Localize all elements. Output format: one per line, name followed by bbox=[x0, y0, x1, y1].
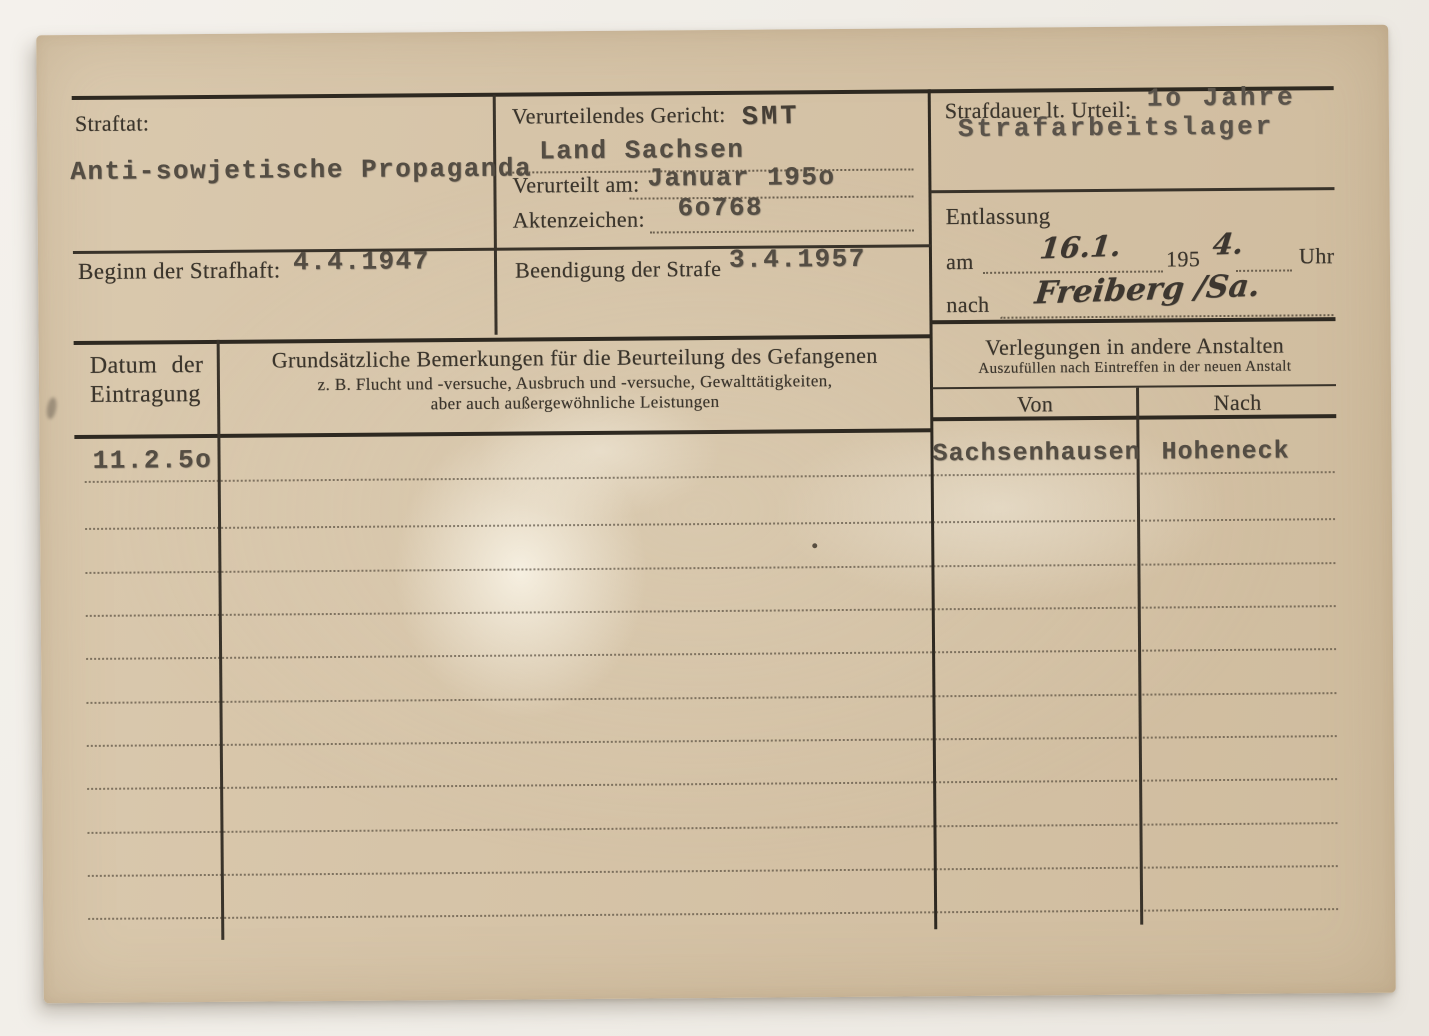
ruled-dotted-line bbox=[87, 778, 1337, 790]
ruled-dotted-line bbox=[86, 605, 1336, 617]
divider-middle-right bbox=[928, 89, 938, 929]
straftat-value: Anti-sowjetische Propaganda bbox=[70, 153, 532, 187]
scanned-document-page: { "fields": { "straftat": { "label": "St… bbox=[0, 0, 1429, 1036]
ruled-dotted-line bbox=[86, 648, 1336, 660]
verurteilt-am-value: Januar 195o bbox=[647, 162, 835, 193]
entlassung-destination-handwritten: Freiberg /Sa. bbox=[1033, 268, 1262, 312]
entry-transfer-von: Sachsenhausen bbox=[932, 438, 1140, 469]
table-header-bottom-rule-left bbox=[74, 428, 932, 439]
ruled-dotted-line bbox=[85, 562, 1335, 574]
ruled-dotted-line bbox=[88, 865, 1338, 877]
ruled-dotted-line bbox=[87, 822, 1337, 834]
remarks-header-sub2: aber auch außergewöhnliche Leistungen bbox=[221, 390, 929, 416]
straftat-label: Straftat: bbox=[75, 110, 150, 137]
gericht-stamp-value: SMT bbox=[742, 102, 800, 133]
ruled-dotted-line bbox=[85, 518, 1335, 530]
entlassung-title: Entlassung bbox=[946, 203, 1051, 230]
divider-von-nach bbox=[1136, 388, 1143, 925]
rule-under-strafdauer bbox=[930, 187, 1334, 193]
ink-speck bbox=[812, 543, 817, 548]
aktenzeichen-label: Aktenzeichen: bbox=[513, 207, 645, 234]
rule-under-entlassung bbox=[931, 317, 1335, 324]
ruled-dotted-line bbox=[86, 692, 1336, 704]
beendigung-value: 3.4.1957 bbox=[729, 244, 866, 275]
entlassung-year-handwritten: 4. bbox=[1211, 226, 1245, 261]
divider-straftat-gericht bbox=[493, 95, 498, 335]
entlassung-year-printed: 195 bbox=[1166, 246, 1200, 272]
beendigung-label: Beendigung der Strafe bbox=[515, 256, 722, 284]
strafdauer-value-line2: Strafarbeitslager bbox=[958, 112, 1274, 144]
divider-datum-column bbox=[217, 340, 225, 940]
entlassung-nach-label: nach bbox=[946, 292, 989, 318]
von-column-header: Von bbox=[934, 391, 1136, 419]
ruled-dotted-line bbox=[87, 735, 1337, 747]
datum-header-line1: Datum der bbox=[90, 352, 204, 380]
entry-date: 11.2.5o bbox=[92, 445, 212, 476]
transfers-header-sub: Auszufüllen nach Eintreffen in der neuen… bbox=[934, 358, 1336, 378]
dotted-leader-verurteilt bbox=[630, 195, 914, 199]
beginn-strafhaft-label: Beginn der Strafhaft: bbox=[78, 257, 281, 285]
entlassung-date-handwritten: 16.1. bbox=[1038, 229, 1123, 266]
beginn-strafhaft-value: 4.4.1947 bbox=[293, 246, 430, 277]
verurteilt-am-label: Verurteilt am: bbox=[512, 172, 639, 199]
dotted-leader-aktenzeichen bbox=[650, 229, 914, 233]
entry-transfer-nach: Hoheneck bbox=[1161, 436, 1289, 466]
strafdauer-value-line1: 1o Jahre bbox=[1147, 82, 1296, 113]
von-nach-top-rule bbox=[932, 384, 1336, 389]
gericht-label: Verurteilendes Gericht: bbox=[512, 102, 726, 130]
entlassung-am-label: am bbox=[946, 249, 974, 275]
ruled-dotted-line bbox=[88, 908, 1338, 920]
top-border-line bbox=[72, 86, 1334, 100]
paper-smudge bbox=[45, 397, 58, 420]
remarks-header-title: Grundsätzliche Bemerkungen für die Beurt… bbox=[221, 342, 929, 374]
gericht-land-value: Land Sachsen bbox=[539, 135, 744, 167]
transfers-header-title: Verlegungen in andere Anstalten bbox=[934, 332, 1336, 361]
datum-header-line2: Eintragung bbox=[90, 381, 201, 409]
prisoner-record-card: Straftat: Anti-sowjetische Propaganda Be… bbox=[36, 25, 1396, 1004]
ruled-dotted-line bbox=[85, 471, 1335, 483]
nach-column-header: Nach bbox=[1139, 389, 1336, 417]
entlassung-uhr-label: Uhr bbox=[1299, 243, 1335, 269]
aktenzeichen-value: 6o768 bbox=[677, 193, 763, 224]
